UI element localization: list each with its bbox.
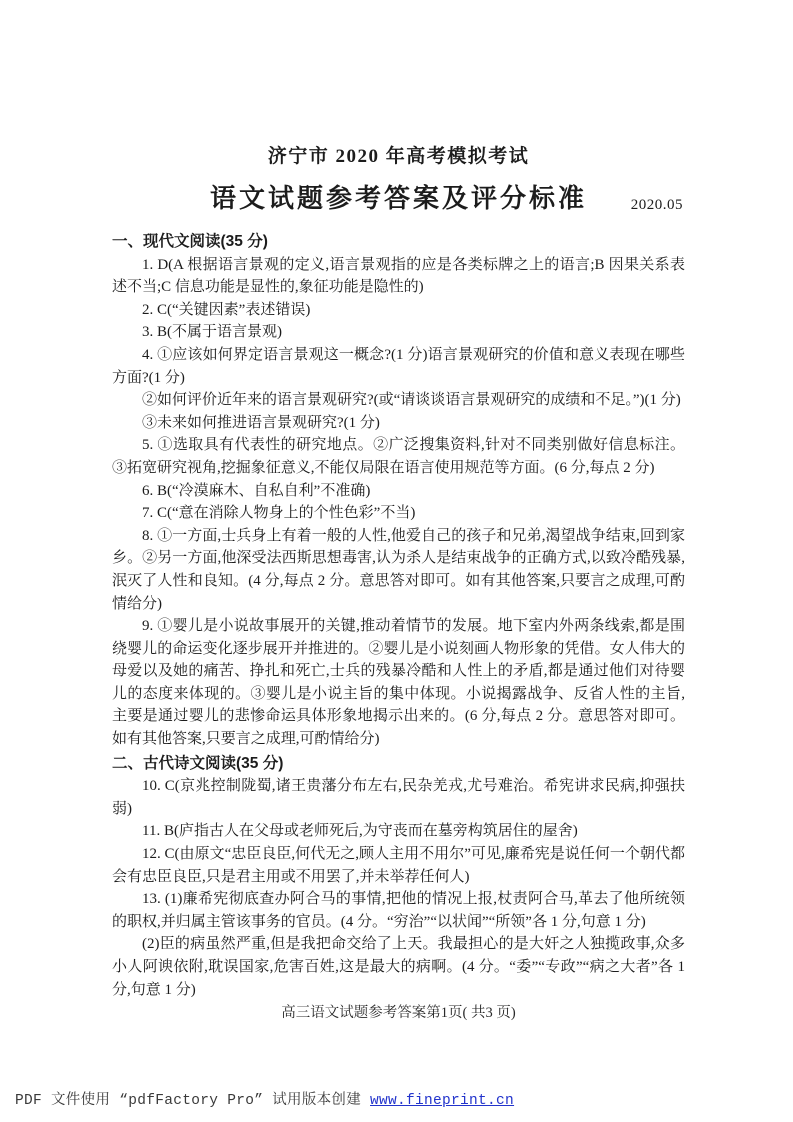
answer-paragraph: ③未来如何推进语言景观研究?(1 分) <box>112 412 685 435</box>
section-heading-classical-reading: 二、古代诗文阅读(35 分) <box>112 753 685 776</box>
section-heading-modern-reading: 一、现代文阅读(35 分) <box>112 231 685 254</box>
exam-title: 济宁市 2020 年高考模拟考试 <box>112 144 685 169</box>
doc-title-row: 语文试题参考答案及评分标准 2020.05 <box>112 180 685 217</box>
answer-paragraph: 5. ①选取具有代表性的研究地点。②广泛搜集资料,针对不同类别做好信息标注。③拓… <box>112 434 685 479</box>
answer-paragraph: 9. ①婴儿是小说故事展开的关键,推动着情节的发展。地下室内外两条线索,都是围绕… <box>112 615 685 751</box>
answer-paragraph: 13. (1)廉希宪彻底查办阿合马的事情,把他的情况上报,杖责阿合马,革去了他所… <box>112 888 685 933</box>
answer-body: 一、现代文阅读(35 分) 1. D(A 根据语言景观的定义,语言景观指的应是各… <box>112 231 685 1001</box>
pdf-watermark-text: PDF 文件使用 “pdfFactory Pro” 试用版本创建 <box>15 1093 370 1109</box>
scanned-document-page: 济宁市 2020 年高考模拟考试 语文试题参考答案及评分标准 2020.05 一… <box>0 0 793 1122</box>
answer-paragraph: 11. B(庐指古人在父母或老师死后,为守丧而在墓旁构筑居住的屋舍) <box>112 820 685 843</box>
answer-paragraph: (2)臣的病虽然严重,但是我把命交给了上天。我最担心的是大奸之人独揽政事,众多小… <box>112 933 685 1001</box>
document-content: 济宁市 2020 年高考模拟考试 语文试题参考答案及评分标准 2020.05 一… <box>112 144 685 1025</box>
fineprint-link[interactable]: www.fineprint.cn <box>370 1093 514 1109</box>
answer-paragraph: 7. C(“意在消除人物身上的个性色彩”不当) <box>112 502 685 525</box>
answer-paragraph: 6. B(“冷漠麻木、自私自利”不准确) <box>112 480 685 503</box>
answer-paragraph: 8. ①一方面,士兵身上有着一般的人性,他爱自己的孩子和兄弟,渴望战争结束,回到… <box>112 525 685 615</box>
answer-paragraph: 10. C(京兆控制陇蜀,诸王贵藩分布左右,民杂羌戎,尤号难治。希宪讲求民病,抑… <box>112 775 685 820</box>
answer-paragraph: 1. D(A 根据语言景观的定义,语言景观指的应是各类标牌之上的语言;B 因果关… <box>112 254 685 299</box>
exam-date: 2020.05 <box>631 197 683 214</box>
answer-paragraph: ②如何评价近年来的语言景观研究?(或“请谈谈语言景观研究的成绩和不足。”)(1 … <box>112 389 685 412</box>
page-number-footer: 高三语文试题参考答案第1页( 共3 页) <box>112 1002 685 1025</box>
answer-paragraph: 3. B(不属于语言景观) <box>112 321 685 344</box>
answer-paragraph: 2. C(“关键因素”表述错误) <box>112 299 685 322</box>
pdf-watermark-notice: PDF 文件使用 “pdfFactory Pro” 试用版本创建 www.fin… <box>15 1088 514 1109</box>
page-title: 语文试题参考答案及评分标准 <box>112 180 685 217</box>
answer-paragraph: 4. ①应该如何界定语言景观这一概念?(1 分)语言景观研究的价值和意义表现在哪… <box>112 344 685 389</box>
answer-paragraph: 12. C(由原文“忠臣良臣,何代无之,顾人主用不用尔”可见,廉希宪是说任何一个… <box>112 843 685 888</box>
